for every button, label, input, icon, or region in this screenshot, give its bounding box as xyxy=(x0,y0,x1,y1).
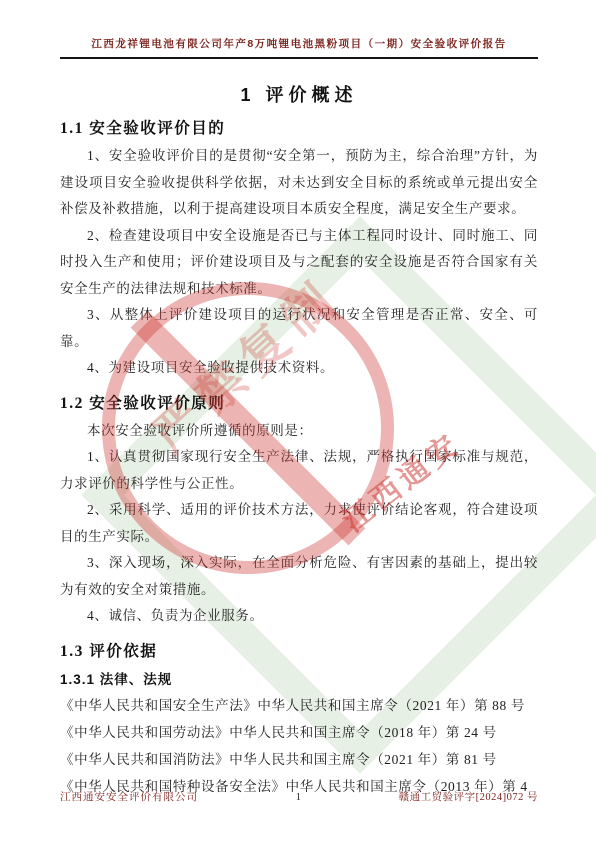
law-item: 《中华人民共和国消防法》中华人民共和国主席令（2021 年）第 81 号 xyxy=(60,746,538,773)
law-item: 《中华人民共和国劳动法》中华人民共和国主席令（2018 年）第 24 号 xyxy=(60,719,538,746)
paragraph: 2、检查建设项目中安全设施是否已与主体工程同时设计、同时施工、同时投入生产和使用… xyxy=(60,223,538,303)
subsection-heading-1-3-1: 1.3.1 法律、法规 xyxy=(60,668,538,688)
page-footer: 江西通安安全评价有限公司 1 赣通工贸验评字[2024]072 号 xyxy=(60,789,538,804)
paragraph: 2、采用科学、适用的评价技术方法，力求使评价结论客观，符合建设项目的生产实际。 xyxy=(60,497,538,550)
paragraph: 本次安全验收评价所遵循的原则是： xyxy=(60,418,538,445)
paragraph: 4、诚信、负责为企业服务。 xyxy=(60,603,538,630)
document-page: 严禁复制 江西通安 江西龙祥锂电池有限公司年产8万吨锂电池黑粉项目（一期）安全验… xyxy=(0,0,596,842)
page-content: 江西龙祥锂电池有限公司年产8万吨锂电池黑粉项目（一期）安全验收评价报告 1 评价… xyxy=(60,36,538,800)
section-heading-1-2: 1.2 安全验收评价原则 xyxy=(60,391,538,413)
paragraph: 1、安全验收评价目的是贯彻“安全第一，预防为主，综合治理”方针，为建设项目安全验… xyxy=(60,143,538,223)
footer-doc-number: 赣通工贸验评字[2024]072 号 xyxy=(399,789,538,804)
footer-company: 江西通安安全评价有限公司 xyxy=(60,789,198,804)
section-heading-1-3: 1.3 评价依据 xyxy=(60,639,538,661)
chapter-title: 1 评价概述 xyxy=(60,81,538,107)
running-header: 江西龙祥锂电池有限公司年产8万吨锂电池黑粉项目（一期）安全验收评价报告 xyxy=(60,36,538,59)
footer-page-number: 1 xyxy=(296,792,301,803)
paragraph: 4、为建设项目安全验收提供技术资料。 xyxy=(60,355,538,382)
paragraph: 3、深入现场，深入实际，在全面分析危险、有害因素的基础上，提出较为有效的安全对策… xyxy=(60,550,538,603)
section-heading-1-1: 1.1 安全验收评价目的 xyxy=(60,116,538,138)
paragraph: 1、认真贯彻国家现行安全生产法律、法规，严格执行国家标准与规范，力求评价的科学性… xyxy=(60,444,538,497)
paragraph: 3、从整体上评价建设项目的运行状况和安全管理是否正常、安全、可靠。 xyxy=(60,302,538,355)
law-item: 《中华人民共和国安全生产法》中华人民共和国主席令（2021 年）第 88 号 xyxy=(60,692,538,719)
